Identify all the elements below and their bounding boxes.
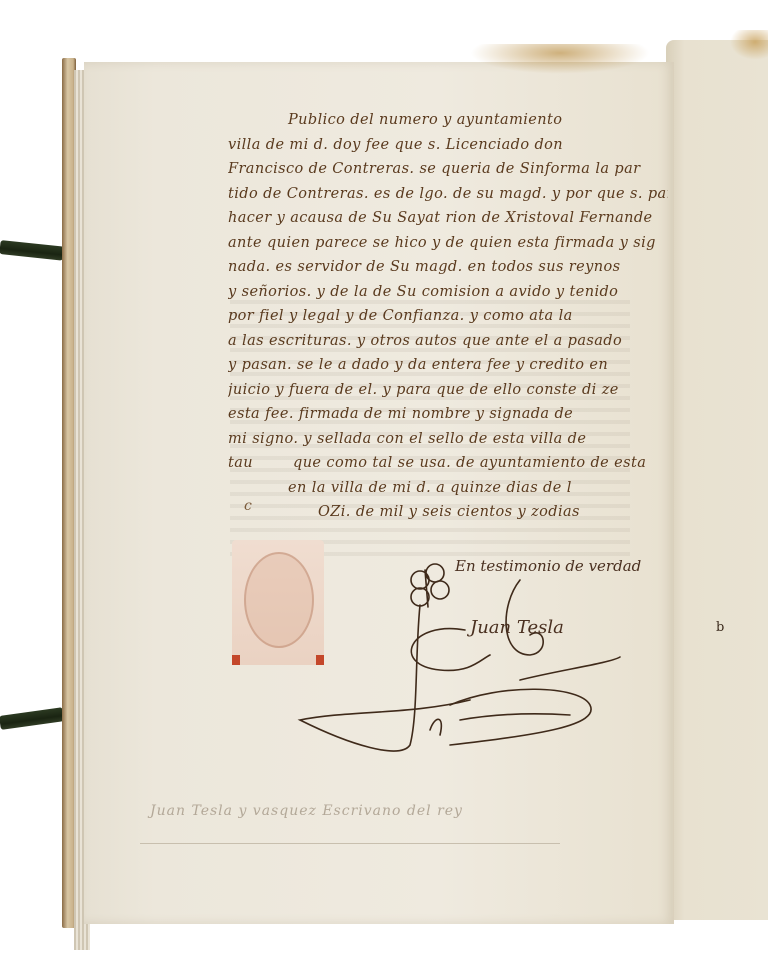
manuscript-line: esta fee. firmada de mi nombre y signada… <box>228 402 668 427</box>
footer-rule <box>140 843 560 844</box>
manuscript-line: mi signo. y sellada con el sello de esta… <box>228 427 668 452</box>
manuscript-line: por fiel y legal y de Confianza. y como … <box>228 304 668 329</box>
manuscript-line: y señorios. y de la de Su comision a avi… <box>228 280 668 305</box>
manuscript-line: nada. es servidor de Su magd. en todos s… <box>228 255 668 280</box>
right-page-mark: b <box>716 620 724 635</box>
manuscript-line: y pasan. se le a dado y da entera fee y … <box>228 353 668 378</box>
seal-corner-left <box>232 655 240 665</box>
manuscript-line: OZi. de mil y seis cientos y zodias <box>228 500 668 525</box>
signature-attestation: En testimonio de verdad <box>455 557 641 575</box>
manuscript-line: tauque como tal se usa. de ayuntamiento … <box>228 451 668 476</box>
footer-note: Juan Tesla y vasquez Escrivano del rey <box>150 803 640 819</box>
signature-flourish-icon <box>290 545 670 765</box>
bookmark-ribbon-bottom <box>0 707 64 730</box>
margin-note: c <box>244 498 252 514</box>
manuscript-line: en la villa de mi d. a quinze dias de l <box>228 476 668 501</box>
manuscript-line: tido de Contreras. es de lgo. de su magd… <box>228 182 668 207</box>
manuscript-line: a las escrituras. y otros autos que ante… <box>228 329 668 354</box>
notary-signature: En testimonio de verdad Juan Tesla <box>290 545 670 765</box>
right-page: b <box>666 40 768 920</box>
manuscript-line: Publico del numero y ayuntamiento <box>228 108 668 133</box>
bookmark-ribbon-top <box>0 240 64 261</box>
margin-note: tau <box>228 455 253 471</box>
manuscript-line: Francisco de Contreras. se queria de Sin… <box>228 157 668 182</box>
signature-name: Juan Tesla <box>470 617 564 638</box>
manuscript-line: juicio y fuera de el. y para que de ello… <box>228 378 668 403</box>
manuscript-line: villa de mi d. doy fee que s. Licenciado… <box>228 133 668 158</box>
manuscript-line: hacer y acausa de Su Sayat rion de Xrist… <box>228 206 668 231</box>
water-stain-right <box>730 30 768 60</box>
manuscript-line: ante quien parece se hico y de quien est… <box>228 231 668 256</box>
water-stain <box>470 44 650 74</box>
manuscript-body: Publico del numero y ayuntamiento Public… <box>228 108 668 525</box>
